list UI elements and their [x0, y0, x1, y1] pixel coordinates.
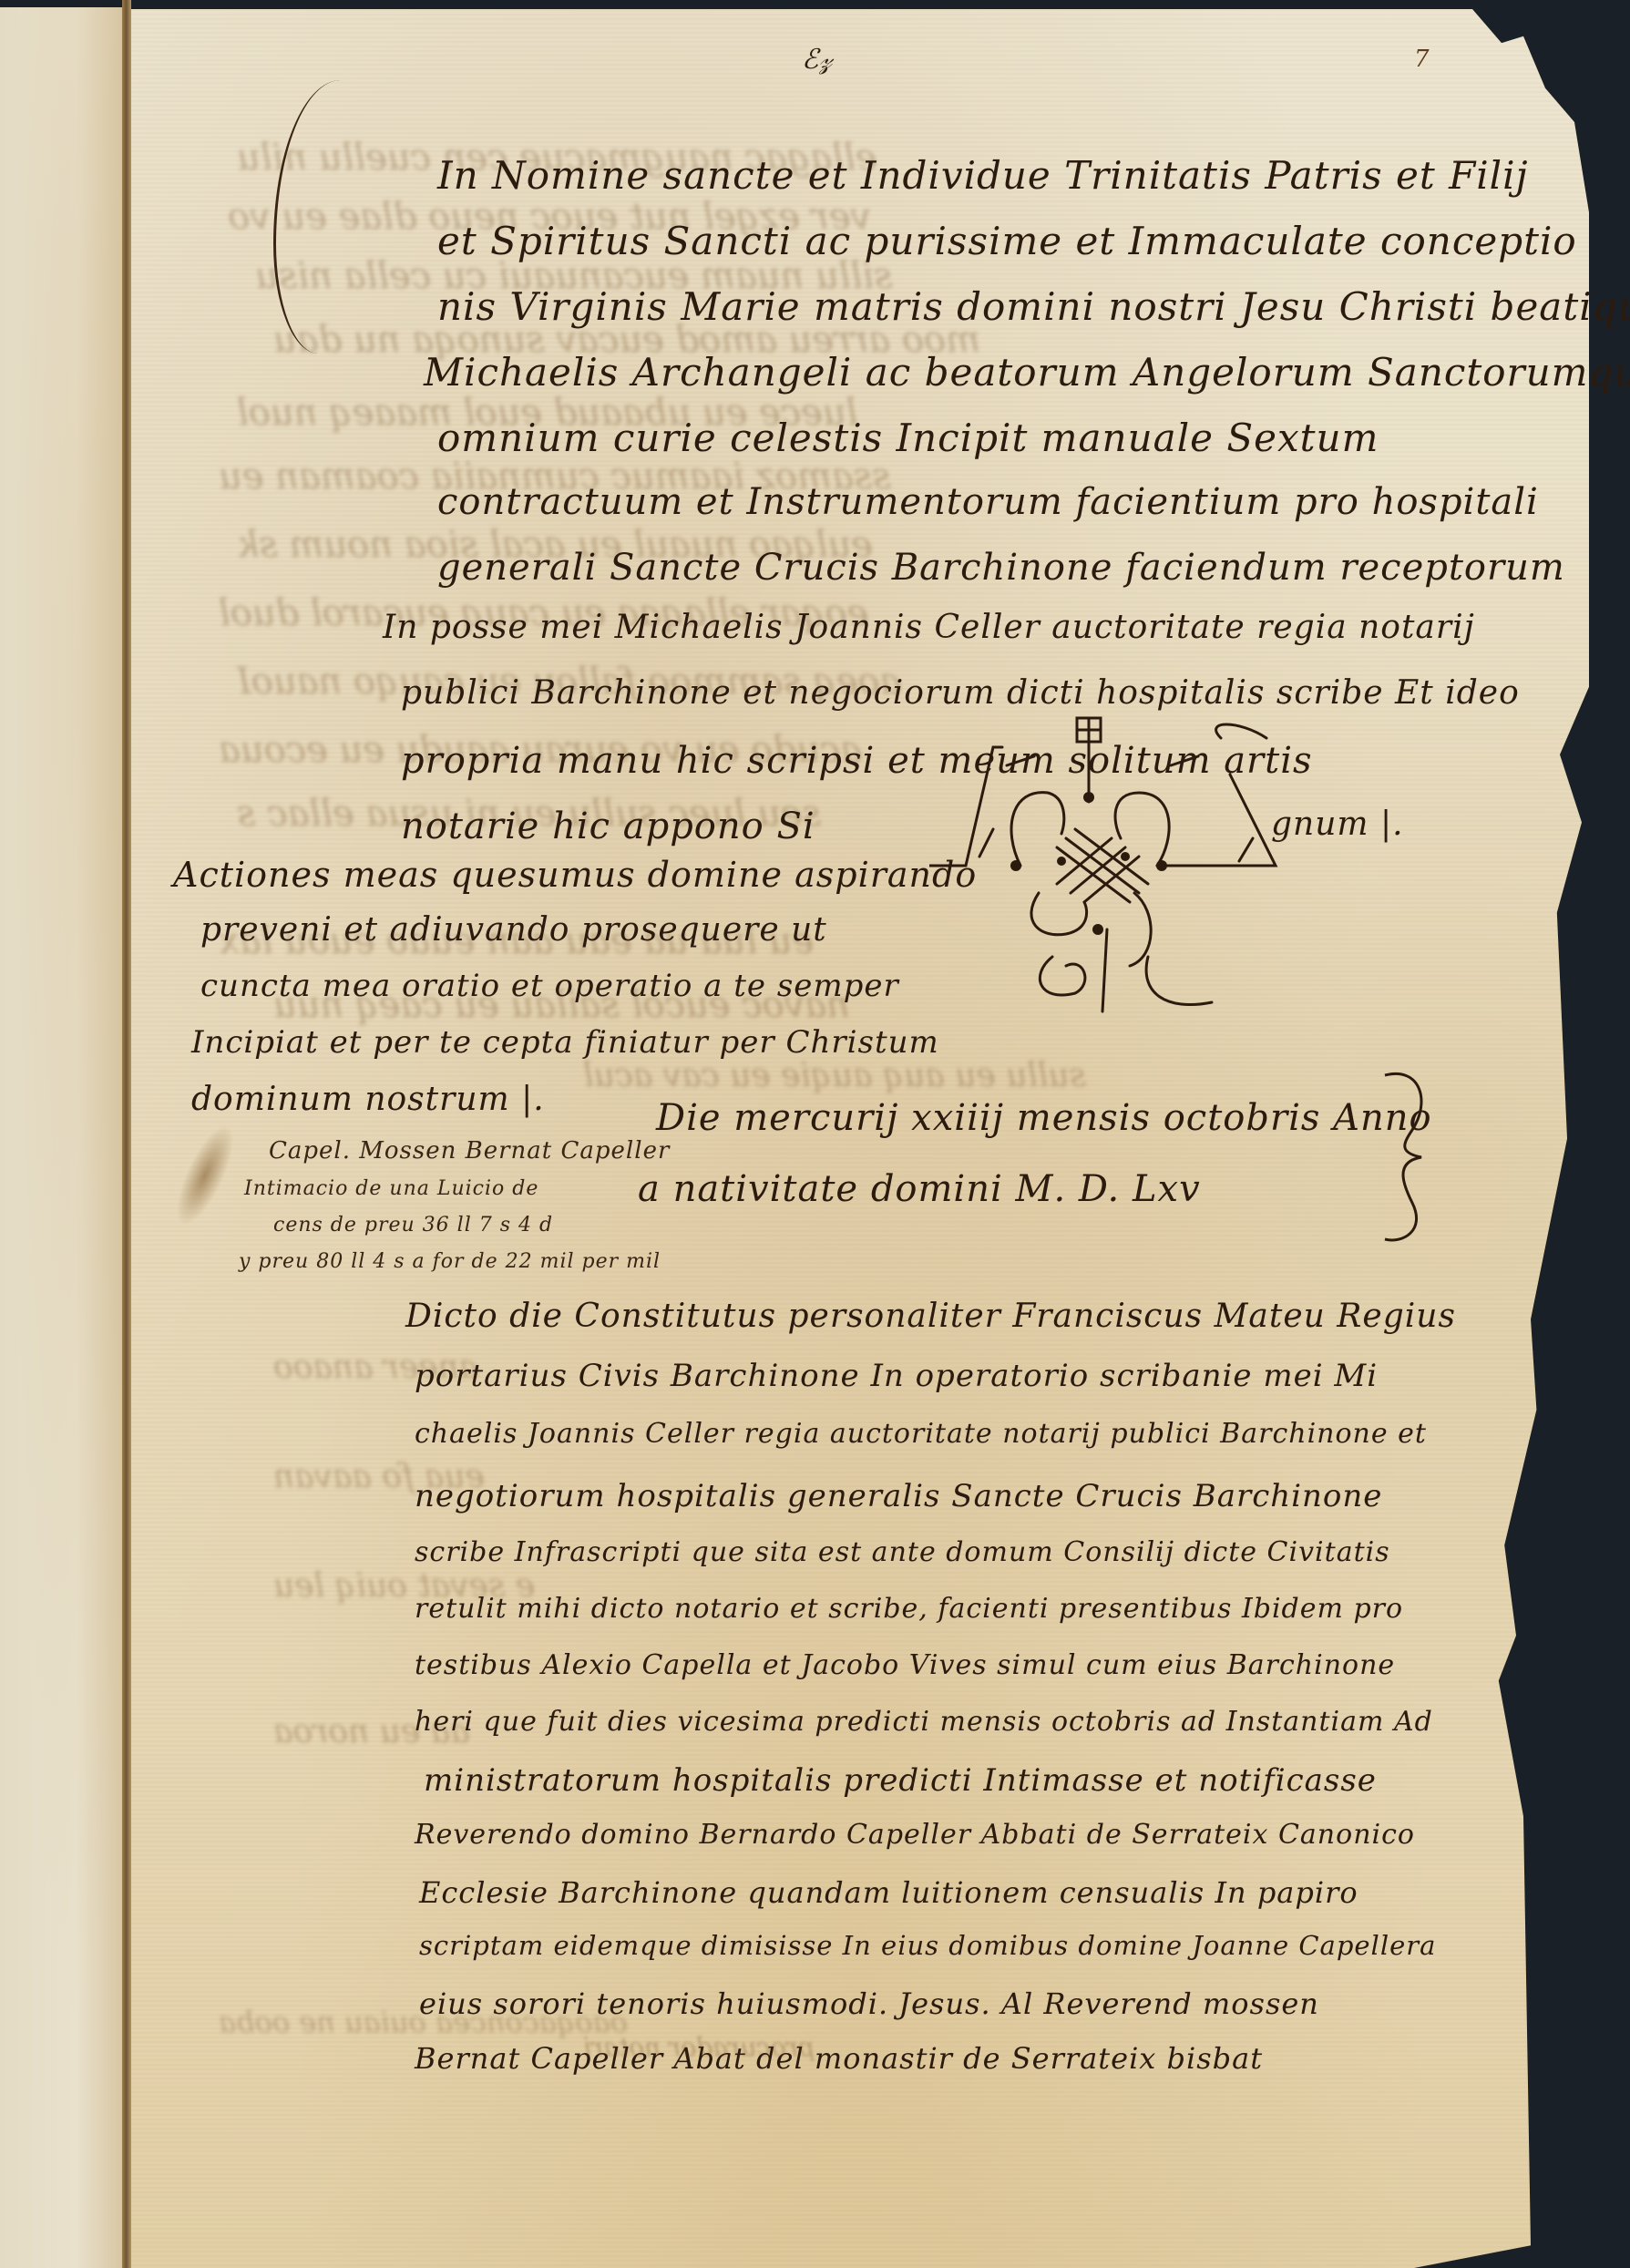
body-line: chaelis Joannis Celler regia auctoritate…	[415, 1418, 1427, 1450]
brace-icon	[1376, 1066, 1449, 1248]
folio-mark: ℰ𝓏	[802, 44, 833, 76]
margin-note-line: y preu 80 ll 4 s a for de 22 mil per mil	[239, 1250, 661, 1273]
margin-note-line: Intimacio de una Luicio de	[244, 1177, 538, 1200]
bleed-through-footer: procurador notari	[583, 2032, 815, 2062]
body-line: retulit mihi dicto notario et scribe, fa…	[415, 1593, 1403, 1625]
body-line: scribe Infrascripti que sita est ante do…	[415, 1536, 1390, 1568]
prayer-line: Actiones meas quesumus domine aspirando	[173, 855, 977, 895]
body-line: heri que fuit dies vicesima predicti men…	[415, 1706, 1433, 1738]
body-line: Ecclesie Barchinone quandam luitionem ce…	[419, 1875, 1358, 1910]
facing-page-verso	[0, 7, 128, 2268]
margin-note-line: cens de preu 36 ll 7 s 4 d	[273, 1214, 553, 1237]
body-line: Reverendo domino Bernardo Capeller Abbat…	[415, 1819, 1415, 1851]
invocation-line: In Nomine sancte et Individue Trinitatis…	[437, 153, 1529, 198]
prayer-line: preveni et adiuvando prosequere ut	[200, 911, 827, 949]
folio-number: 7	[1414, 46, 1430, 73]
prayer-line: cuncta mea oratio et operatio a te sempe…	[200, 968, 899, 1004]
invocation-line: Michaelis Archangeli ac beatorum Angelor…	[424, 350, 1630, 395]
invocation-line: nis Virginis Marie matris domini nostri …	[437, 284, 1630, 329]
binding-gutter	[122, 0, 131, 2268]
prayer-line: dominum nostrum |.	[191, 1081, 545, 1118]
invocation-line: contractuum et Instrumentorum facientium…	[437, 481, 1539, 523]
invocation-line: notarie hic appono Si	[401, 806, 815, 847]
body-line: testibus Alexio Capella et Jacobo Vives …	[415, 1649, 1395, 1681]
invocation-line: generali Sancte Crucis Barchinone facien…	[437, 547, 1565, 589]
prayer-line: Incipiat et per te cepta finiatur per Ch…	[191, 1024, 939, 1061]
body-line: negotiorum hospitalis generalis Sancte C…	[415, 1478, 1382, 1514]
body-line: Dicto die Constitutus personaliter Franc…	[405, 1298, 1456, 1335]
date-line: Die mercurij xxiiij mensis octobris Anno	[656, 1097, 1432, 1139]
margin-note-line: Capel. Mossen Bernat Capeller	[269, 1137, 670, 1165]
body-line: ministratorum hospitalis predicti Intima…	[424, 1762, 1377, 1799]
body-line: eius sorori tenoris huiusmodi. Jesus. Al…	[419, 1986, 1319, 2021]
invocation-line: In posse mei Michaelis Joannis Celler au…	[383, 609, 1475, 646]
document-scan: ellagac naugmacue cen cuellu nilu ver ez…	[0, 0, 1630, 2268]
invocation-line: et Spiritus Sancti ac purissime et Immac…	[437, 219, 1577, 263]
invocation-line: omnium curie celestis Incipit manuale Se…	[437, 416, 1379, 460]
body-line: Bernat Capeller Abat del monastir de Ser…	[415, 2041, 1263, 2076]
body-line: portarius Civis Barchinone In operatorio…	[415, 1358, 1378, 1394]
notary-signum-icon	[929, 702, 1312, 1030]
date-line: a nativitate domini M. D. Lxv	[638, 1168, 1201, 1210]
body-line: scriptam eidemque dimisisse In eius domi…	[419, 1930, 1436, 1961]
